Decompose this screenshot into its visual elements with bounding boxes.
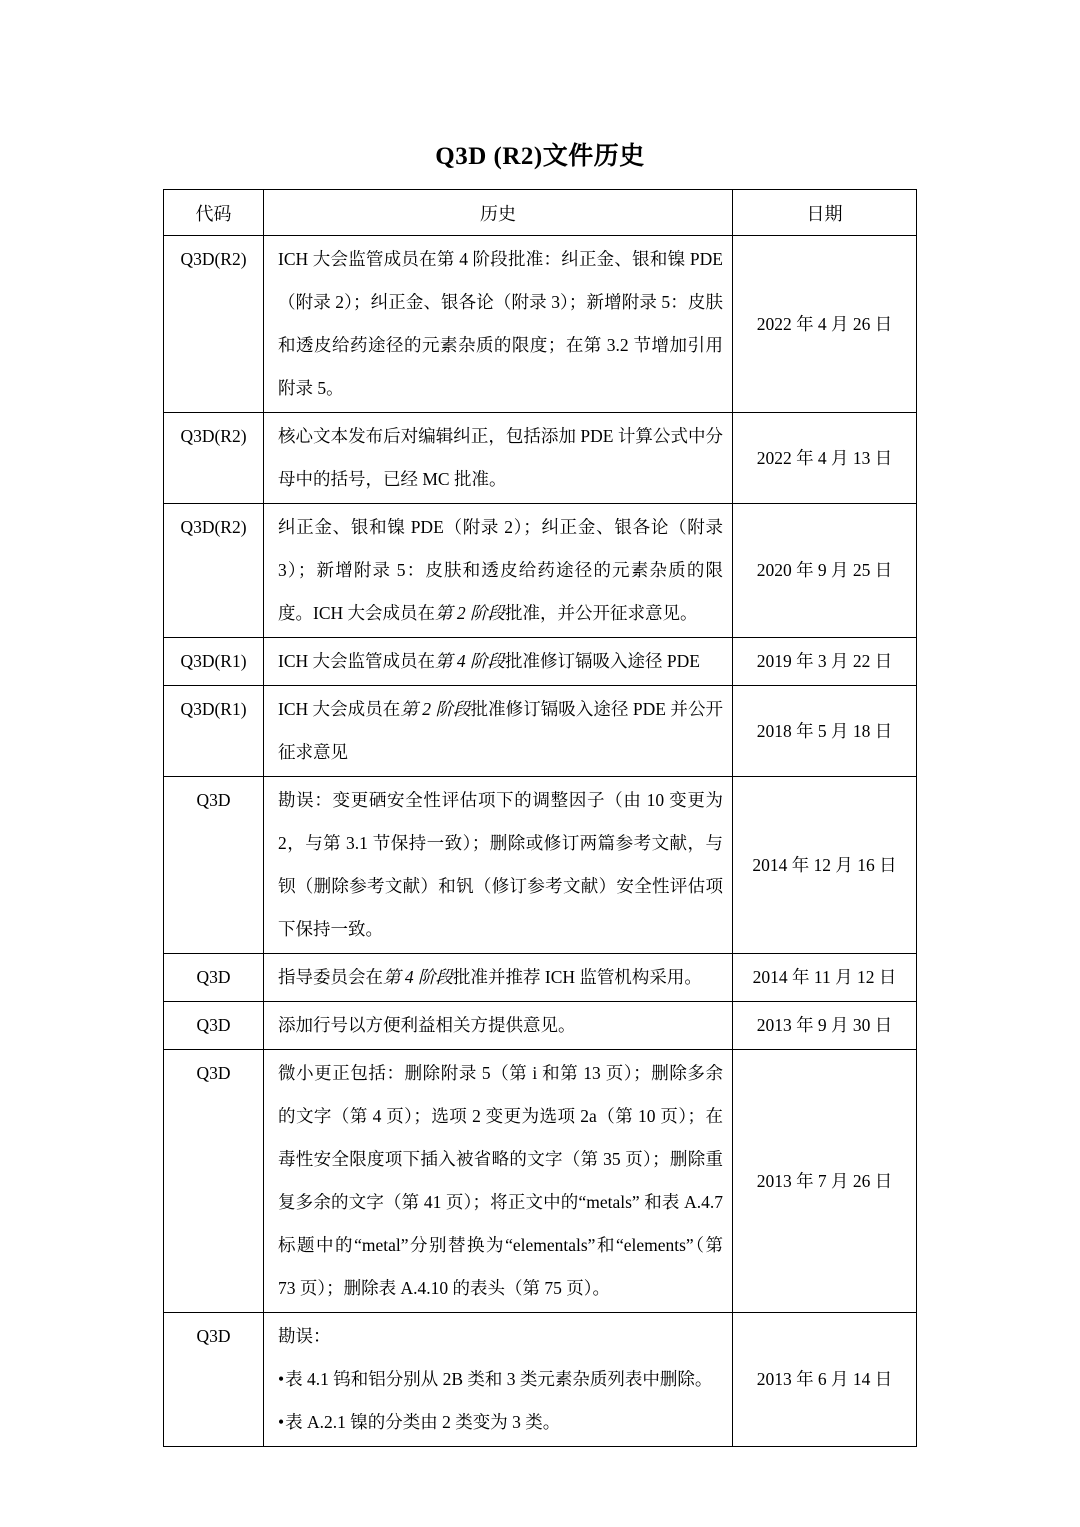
date-cell: 2014 年 12 月 16 日 — [733, 777, 917, 954]
table-row: Q3D勘误：变更硒安全性评估项下的调整因子（由 10 变更为 2，与第 3.1 … — [164, 777, 917, 954]
history-cell: 指导委员会在第 4 阶段批准并推荐 ICH 监管机构采用。 — [264, 954, 733, 1002]
history-text: 表 A.2.1 镍的分类由 2 类变为 3 类。 — [285, 1412, 560, 1432]
history-bullet-line: •表 4.1 钨和铝分别从 2B 类和 3 类元素杂质列表中删除。 — [278, 1358, 723, 1401]
history-text: 表 4.1 钨和铝分别从 2B 类和 3 类元素杂质列表中删除。 — [285, 1369, 712, 1389]
history-text: 添加行号以方便利益相关方提供意见。 — [278, 1015, 576, 1035]
code-cell: Q3D — [164, 954, 264, 1002]
history-text: 批准，并公开征求意见。 — [505, 603, 698, 623]
history-text: 指导委员会在 — [278, 967, 383, 987]
history-text-line: ICH 大会监管成员在第 4 阶段批准：纠正金、银和镍 PDE（附录 2）；纠正… — [278, 238, 723, 410]
table-row: Q3D(R2)核心文本发布后对编辑纠正，包括添加 PDE 计算公式中分母中的括号… — [164, 413, 917, 504]
history-text: ICH 大会监管成员在 — [278, 651, 435, 671]
date-cell: 2013 年 7 月 26 日 — [733, 1050, 917, 1313]
code-cell: Q3D(R2) — [164, 413, 264, 504]
history-cell: ICH 大会监管成员在第 4 阶段批准：纠正金、银和镍 PDE（附录 2）；纠正… — [264, 236, 733, 413]
history-text-line: 指导委员会在第 4 阶段批准并推荐 ICH 监管机构采用。 — [278, 956, 723, 999]
column-header-code: 代码 — [164, 190, 264, 236]
table-header-row: 代码 历史 日期 — [164, 190, 917, 236]
date-cell: 2019 年 3 月 22 日 — [733, 638, 917, 686]
history-text-line: 核心文本发布后对编辑纠正，包括添加 PDE 计算公式中分母中的括号，已经 MC … — [278, 415, 723, 501]
history-cell: 微小更正包括：删除附录 5（第 i 和第 13 页）；删除多余的文字（第 4 页… — [264, 1050, 733, 1313]
history-text: 勘误：变更硒安全性评估项下的调整因子（由 10 变更为 2，与第 3.1 节保持… — [278, 790, 723, 939]
history-cell: ICH 大会监管成员在第 4 阶段批准修订镉吸入途径 PDE — [264, 638, 733, 686]
document-page: Q3D (R2)文件历史 代码 历史 日期 Q3D(R2)ICH 大会监管成员在… — [0, 0, 1080, 1527]
history-text-line: 微小更正包括：删除附录 5（第 i 和第 13 页）；删除多余的文字（第 4 页… — [278, 1052, 723, 1310]
history-text-italic: 第 2 阶段 — [435, 603, 505, 623]
date-cell: 2022 年 4 月 13 日 — [733, 413, 917, 504]
history-text-line: 添加行号以方便利益相关方提供意见。 — [278, 1004, 723, 1047]
history-bullet-line: •表 A.2.1 镍的分类由 2 类变为 3 类。 — [278, 1401, 723, 1444]
history-cell: 勘误：•表 4.1 钨和铝分别从 2B 类和 3 类元素杂质列表中删除。•表 A… — [264, 1313, 733, 1447]
code-cell: Q3D(R2) — [164, 236, 264, 413]
code-cell: Q3D(R1) — [164, 638, 264, 686]
history-cell: 勘误：变更硒安全性评估项下的调整因子（由 10 变更为 2，与第 3.1 节保持… — [264, 777, 733, 954]
history-text: ICH 大会成员在 — [278, 699, 400, 719]
history-text-line: 纠正金、银和镍 PDE（附录 2）；纠正金、银各论（附录 3）；新增附录 5：皮… — [278, 506, 723, 635]
table-row: Q3D添加行号以方便利益相关方提供意见。2013 年 9 月 30 日 — [164, 1002, 917, 1050]
page-title-chinese: 文件历史 — [543, 142, 645, 170]
table-row: Q3D(R1)ICH 大会成员在第 2 阶段批准修订镉吸入途径 PDE 并公开征… — [164, 686, 917, 777]
table-row: Q3D微小更正包括：删除附录 5（第 i 和第 13 页）；删除多余的文字（第 … — [164, 1050, 917, 1313]
history-text-line: ICH 大会成员在第 2 阶段批准修订镉吸入途径 PDE 并公开征求意见 — [278, 688, 723, 774]
code-cell: Q3D(R1) — [164, 686, 264, 777]
history-cell: 添加行号以方便利益相关方提供意见。 — [264, 1002, 733, 1050]
history-text-line: 勘误：变更硒安全性评估项下的调整因子（由 10 变更为 2，与第 3.1 节保持… — [278, 779, 723, 951]
history-text-italic: 第 4 阶段 — [383, 967, 453, 987]
page-title: Q3D (R2)文件历史 — [0, 0, 1080, 172]
history-text: 微小更正包括：删除附录 5（第 i 和第 13 页）；删除多余的文字（第 4 页… — [278, 1063, 723, 1298]
document-history-table: 代码 历史 日期 Q3D(R2)ICH 大会监管成员在第 4 阶段批准：纠正金、… — [163, 189, 917, 1447]
bullet-icon: • — [278, 1369, 284, 1389]
history-text-line: 勘误： — [278, 1315, 723, 1358]
date-cell: 2020 年 9 月 25 日 — [733, 504, 917, 638]
code-cell: Q3D — [164, 777, 264, 954]
date-cell: 2013 年 6 月 14 日 — [733, 1313, 917, 1447]
history-cell: 纠正金、银和镍 PDE（附录 2）；纠正金、银各论（附录 3）；新增附录 5：皮… — [264, 504, 733, 638]
history-text: 核心文本发布后对编辑纠正，包括添加 PDE 计算公式中分母中的括号，已经 MC … — [278, 426, 723, 489]
history-text-italic: 第 4 阶段 — [435, 651, 505, 671]
history-text: 勘误： — [278, 1326, 331, 1346]
history-text: ICH 大会监管成员在第 4 阶段批准：纠正金、银和镍 PDE（附录 2）；纠正… — [278, 249, 723, 398]
history-cell: ICH 大会成员在第 2 阶段批准修订镉吸入途径 PDE 并公开征求意见 — [264, 686, 733, 777]
bullet-icon: • — [278, 1412, 284, 1432]
table-row: Q3D(R2)纠正金、银和镍 PDE（附录 2）；纠正金、银各论（附录 3）；新… — [164, 504, 917, 638]
date-cell: 2013 年 9 月 30 日 — [733, 1002, 917, 1050]
history-cell: 核心文本发布后对编辑纠正，包括添加 PDE 计算公式中分母中的括号，已经 MC … — [264, 413, 733, 504]
date-cell: 2014 年 11 月 12 日 — [733, 954, 917, 1002]
table-row: Q3D(R1)ICH 大会监管成员在第 4 阶段批准修订镉吸入途径 PDE201… — [164, 638, 917, 686]
code-cell: Q3D(R2) — [164, 504, 264, 638]
history-text: 批准并推荐 ICH 监管机构采用。 — [453, 967, 702, 987]
code-cell: Q3D — [164, 1313, 264, 1447]
code-cell: Q3D — [164, 1002, 264, 1050]
page-title-latin: Q3D (R2) — [435, 143, 542, 170]
history-text-italic: 第 2 阶段 — [400, 699, 470, 719]
table-row: Q3D(R2)ICH 大会监管成员在第 4 阶段批准：纠正金、银和镍 PDE（附… — [164, 236, 917, 413]
date-cell: 2022 年 4 月 26 日 — [733, 236, 917, 413]
table-row: Q3D指导委员会在第 4 阶段批准并推荐 ICH 监管机构采用。2014 年 1… — [164, 954, 917, 1002]
code-cell: Q3D — [164, 1050, 264, 1313]
history-text: 批准修订镉吸入途径 PDE — [505, 651, 700, 671]
history-text-line: ICH 大会监管成员在第 4 阶段批准修订镉吸入途径 PDE — [278, 640, 723, 683]
table-row: Q3D勘误：•表 4.1 钨和铝分别从 2B 类和 3 类元素杂质列表中删除。•… — [164, 1313, 917, 1447]
history-table-body: Q3D(R2)ICH 大会监管成员在第 4 阶段批准：纠正金、银和镍 PDE（附… — [164, 236, 917, 1447]
column-header-date: 日期 — [733, 190, 917, 236]
column-header-history: 历史 — [264, 190, 733, 236]
date-cell: 2018 年 5 月 18 日 — [733, 686, 917, 777]
